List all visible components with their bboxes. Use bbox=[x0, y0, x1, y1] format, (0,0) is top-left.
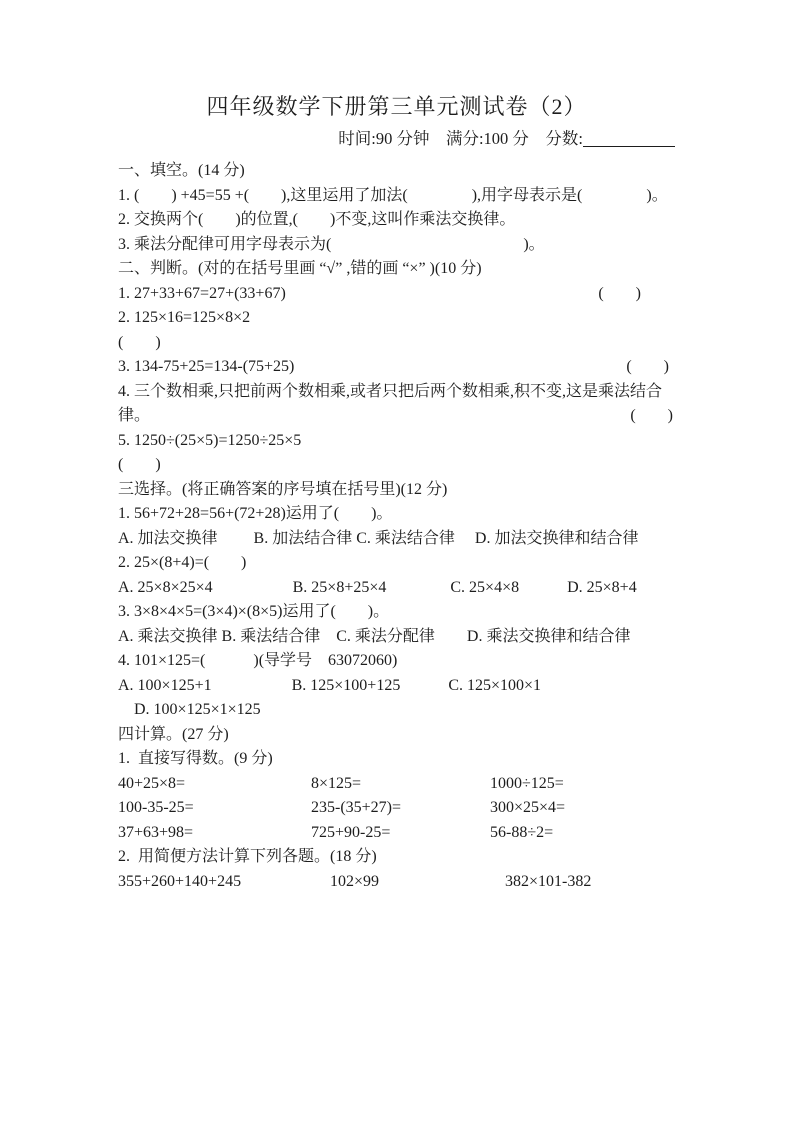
judge-question-4-line-1: 4. 三个数相乘,只把前两个数相乘,或者只把后两个数相乘,积不变,这是乘法结合 bbox=[118, 380, 675, 405]
exam-title: 四年级数学下册第三单元测试卷（2） bbox=[0, 0, 793, 122]
score-underline bbox=[583, 130, 675, 147]
simplify-item: 382×101-382 bbox=[505, 870, 675, 895]
fill-question-1: 1. ( ) +45=55 +( ),这里运用了加法( ),用字母表示是( )。 bbox=[118, 184, 675, 209]
simplify-row-1: 355+260+140+245 102×99 382×101-382 bbox=[118, 870, 675, 895]
judge-question-3-row: 3. 134-75+25=134-(75+25) ( ) bbox=[118, 355, 675, 380]
section-fill-header: 一、填空。(14 分) bbox=[118, 159, 675, 184]
calc-subheader-2: 2. 用简便方法计算下列各题。(18 分) bbox=[118, 845, 675, 870]
judge-question-2-bracket: ( ) bbox=[118, 331, 675, 356]
choice-question-3: 3. 3×8×4×5=(3×4)×(8×5)运用了( )。 bbox=[118, 600, 675, 625]
calc-row-2: 100-35-25= 235-(35+27)= 300×25×4= bbox=[118, 796, 675, 821]
judge-question-1: 1. 27+33+67=27+(33+67) bbox=[118, 282, 286, 307]
calc-row-1: 40+25×8= 8×125= 1000÷125= bbox=[118, 772, 675, 797]
choice-question-4: 4. 101×125=( )(导学号 63072060) bbox=[118, 649, 675, 674]
exam-info: 时间:90 分钟 满分:100 分 分数: bbox=[118, 126, 675, 151]
choice-question-4-options-abc: A. 100×125+1 B. 125×100+125 C. 125×100×1 bbox=[118, 674, 675, 699]
judge-question-4-bracket: ( ) bbox=[630, 404, 673, 429]
calc-item: 37+63+98= bbox=[118, 821, 311, 846]
judge-question-3-bracket: ( ) bbox=[626, 355, 669, 380]
calc-item: 40+25×8= bbox=[118, 772, 311, 797]
judge-question-5: 5. 1250÷(25×5)=1250÷25×5 bbox=[118, 429, 675, 454]
calc-item: 100-35-25= bbox=[118, 796, 311, 821]
fill-question-3: 3. 乘法分配律可用字母表示为( )。 bbox=[118, 233, 675, 258]
judge-question-3: 3. 134-75+25=134-(75+25) bbox=[118, 355, 294, 380]
exam-paper: 四年级数学下册第三单元测试卷（2） 时间:90 分钟 满分:100 分 分数: … bbox=[0, 0, 793, 1122]
choice-question-2-options: A. 25×8×25×4 B. 25×8+25×4 C. 25×4×8 D. 2… bbox=[118, 576, 675, 601]
fill-question-2: 2. 交换两个( )的位置,( )不变,这叫作乘法交换律。 bbox=[118, 208, 675, 233]
section-judge-header: 二、判断。(对的在括号里画 “√” ,错的画 “×” )(10 分) bbox=[118, 257, 675, 282]
choice-question-2: 2. 25×(8+4)=( ) bbox=[118, 551, 675, 576]
exam-body: 一、填空。(14 分) 1. ( ) +45=55 +( ),这里运用了加法( … bbox=[118, 159, 675, 894]
calc-subheader-1: 1. 直接写得数。(9 分) bbox=[118, 747, 675, 772]
judge-question-4-row: 律。 ( ) bbox=[118, 404, 675, 429]
calc-item: 56-88÷2= bbox=[490, 821, 675, 846]
exam-info-text: 时间:90 分钟 满分:100 分 分数: bbox=[338, 129, 583, 148]
choice-question-4-option-d: D. 100×125×1×125 bbox=[118, 698, 675, 723]
section-choice-header: 三选择。(将正确答案的序号填在括号里)(12 分) bbox=[118, 478, 675, 503]
calc-row-3: 37+63+98= 725+90-25= 56-88÷2= bbox=[118, 821, 675, 846]
simplify-item: 102×99 bbox=[330, 870, 505, 895]
choice-question-1: 1. 56+72+28=56+(72+28)运用了( )。 bbox=[118, 502, 675, 527]
calc-item: 235-(35+27)= bbox=[311, 796, 490, 821]
choice-question-3-options: A. 乘法交换律 B. 乘法结合律 C. 乘法分配律 D. 乘法交换律和结合律 bbox=[118, 625, 675, 650]
calc-item: 1000÷125= bbox=[490, 772, 675, 797]
calc-item: 8×125= bbox=[311, 772, 490, 797]
calc-item: 300×25×4= bbox=[490, 796, 675, 821]
calc-item: 725+90-25= bbox=[311, 821, 490, 846]
judge-question-2: 2. 125×16=125×8×2 bbox=[118, 306, 675, 331]
judge-question-4-line-2: 律。 bbox=[118, 404, 150, 429]
simplify-item: 355+260+140+245 bbox=[118, 870, 330, 895]
judge-question-5-bracket: ( ) bbox=[118, 453, 675, 478]
choice-question-1-options: A. 加法交换律 B. 加法结合律 C. 乘法结合律 D. 加法交换律和结合律 bbox=[118, 527, 675, 552]
judge-question-1-row: 1. 27+33+67=27+(33+67) ( ) bbox=[118, 282, 675, 307]
section-calc-header: 四计算。(27 分) bbox=[118, 723, 675, 748]
judge-question-1-bracket: ( ) bbox=[598, 282, 641, 307]
